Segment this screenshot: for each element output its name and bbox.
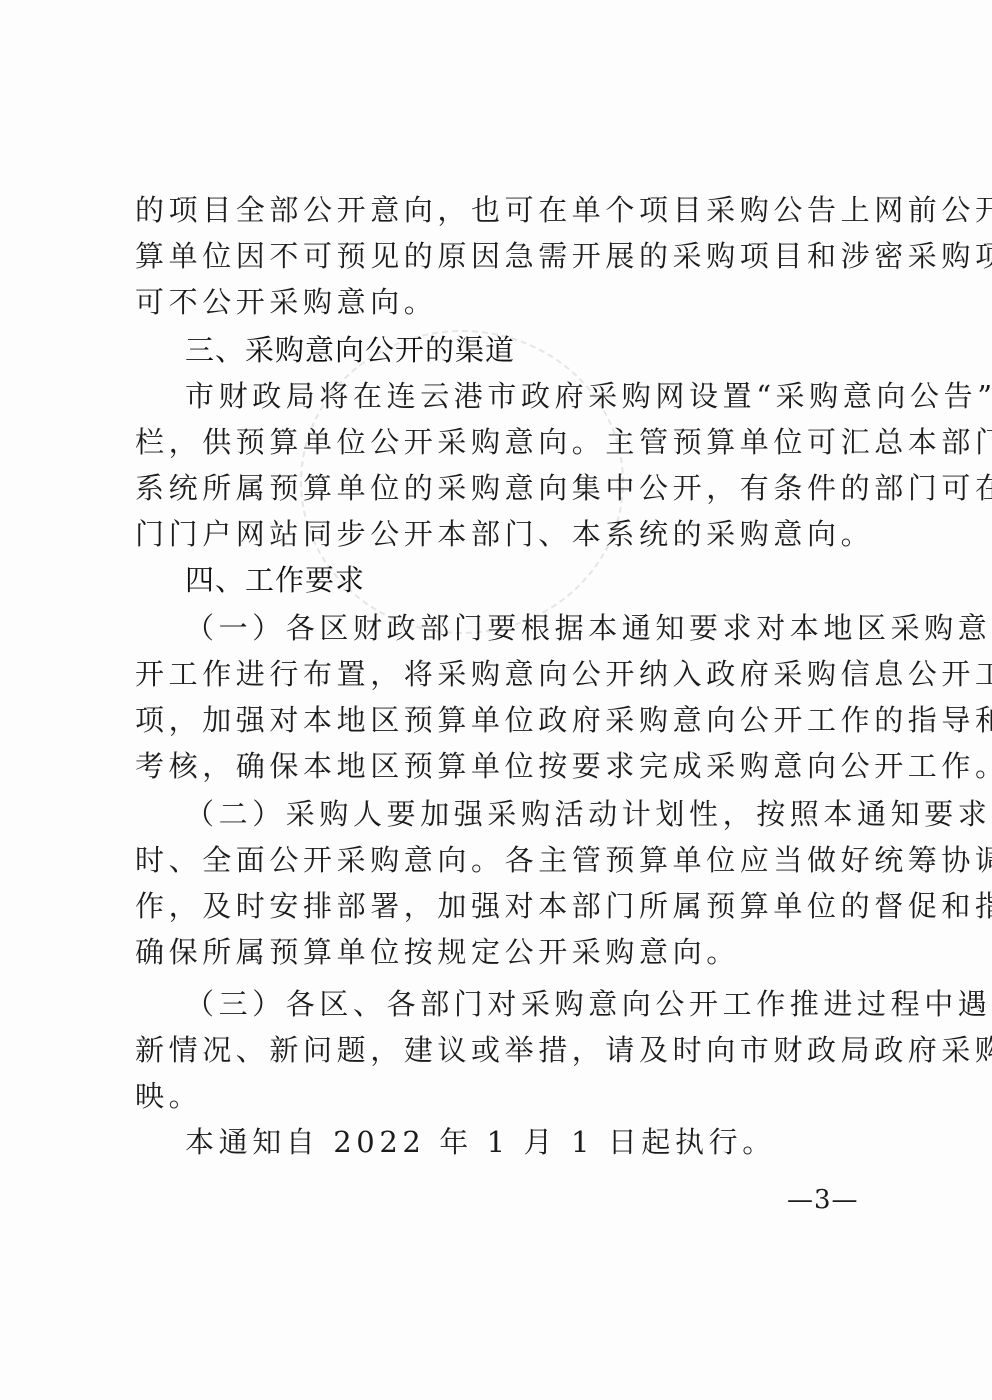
paragraph-line: 新情况、新问题，建议或举措，请及时向市财政局政府采购处反 (135, 1030, 875, 1070)
paragraph-line: （二）采购人要加强采购活动计划性，按照本通知要求及 (185, 794, 875, 834)
effective-date-line: 本通知自 2022 年 1 月 1 日起执行。 (185, 1122, 875, 1162)
page-number: —3— (787, 1182, 859, 1218)
paragraph-line: 开工作进行布置，将采购意向公开纳入政府采购信息公开工作事 (135, 654, 875, 694)
paragraph-line: 算单位因不可预见的原因急需开展的采购项目和涉密采购项目， (135, 236, 875, 276)
section-heading: 四、工作要求 (185, 560, 875, 600)
document-page: 的项目全部公开意向，也可在单个项目采购公告上网前公开。预 算单位因不可预见的原因… (0, 0, 992, 1400)
paragraph-line: 栏，供预算单位公开采购意向。主管预算单位可汇总本部门、本 (135, 422, 875, 462)
paragraph-line: 市财政局将在连云港市政府采购网设置“采购意向公告”专 (185, 376, 875, 416)
paragraph-line: 确保所属预算单位按规定公开采购意向。 (135, 932, 875, 972)
paragraph-line: 门门户网站同步公开本部门、本系统的采购意向。 (135, 514, 875, 554)
paragraph-line: 可不公开采购意向。 (135, 282, 875, 322)
paragraph-line: 考核，确保本地区预算单位按要求完成采购意向公开工作。 (135, 746, 875, 786)
paragraph-line: （一）各区财政部门要根据本通知要求对本地区采购意向公 (185, 608, 875, 648)
paragraph-line: 作，及时安排部署，加强对本部门所属预算单位的督促和指导， (135, 886, 875, 926)
paragraph-line: 系统所属预算单位的采购意向集中公开，有条件的部门可在其部 (135, 468, 875, 508)
paragraph-line: 项，加强对本地区预算单位政府采购意向公开工作的指导和监督 (135, 700, 875, 740)
paragraph-line: 映。 (135, 1076, 875, 1116)
paragraph-line: 的项目全部公开意向，也可在单个项目采购公告上网前公开。预 (135, 190, 875, 230)
paragraph-line: 时、全面公开采购意向。各主管预算单位应当做好统筹协调工 (135, 840, 875, 880)
paragraph-line: （三）各区、各部门对采购意向公开工作推进过程中遇到的 (185, 984, 875, 1024)
section-heading: 三、采购意向公开的渠道 (185, 330, 875, 370)
